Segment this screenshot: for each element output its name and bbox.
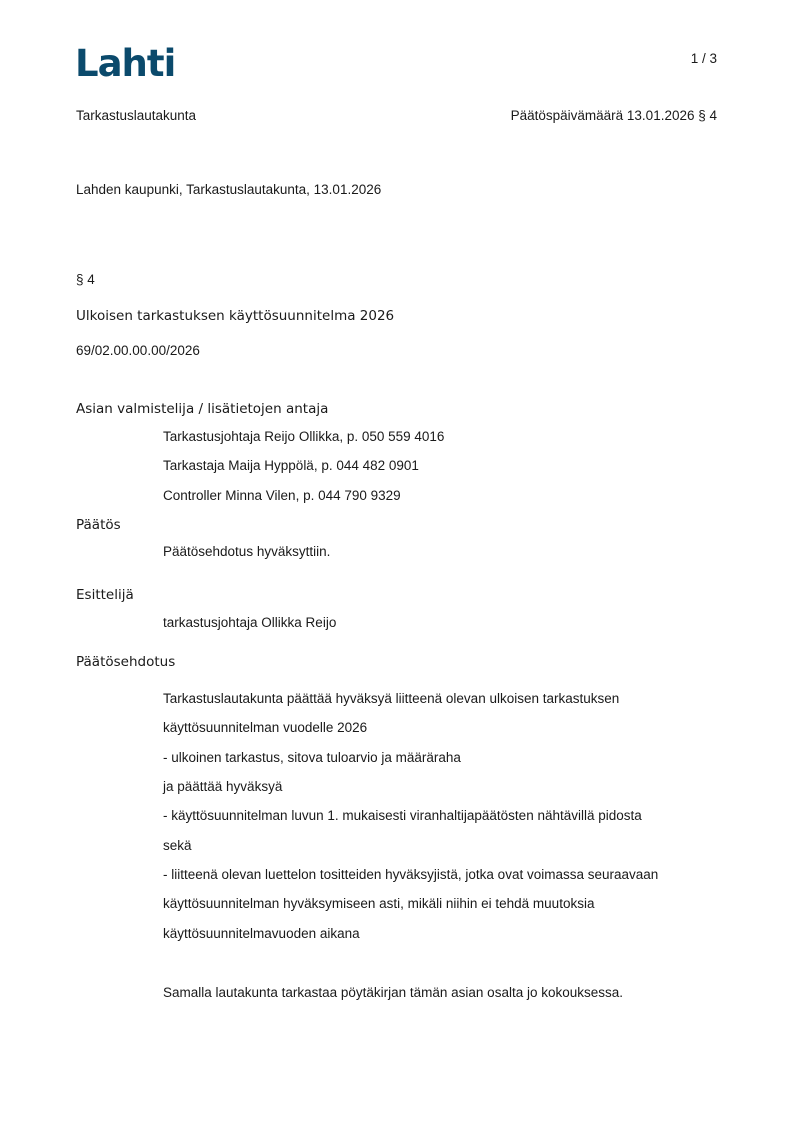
meta-line: Lahden kaupunki, Tarkastuslautakunta, 13…	[76, 181, 381, 198]
proposal-closing: Samalla lautakunta tarkastaa pöytäkirjan…	[163, 984, 623, 1001]
committee-name: Tarkastuslautakunta	[76, 107, 196, 124]
decision-date: Päätöspäivämäärä 13.01.2026 § 4	[511, 107, 717, 124]
section-number: § 4	[76, 271, 95, 288]
preparer-item: Tarkastaja Maija Hyppölä, p. 044 482 090…	[163, 457, 419, 474]
presenter-heading: Esittelijä	[76, 587, 134, 604]
presenter-text: tarkastusjohtaja Ollikka Reijo	[163, 614, 336, 631]
proposal-line: - liitteenä olevan luettelon tositteiden…	[163, 866, 658, 883]
proposal-line: käyttösuunnitelman vuodelle 2026	[163, 719, 367, 736]
decision-text: Päätösehdotus hyväksyttiin.	[163, 543, 330, 560]
preparer-item: Tarkastusjohtaja Reijo Ollikka, p. 050 5…	[163, 428, 444, 445]
proposal-line: käyttösuunnitelmavuoden aikana	[163, 925, 360, 942]
proposal-line: sekä	[163, 837, 192, 854]
proposal-line: käyttösuunnitelman hyväksymiseen asti, m…	[163, 895, 594, 912]
proposal-line: - ulkoinen tarkastus, sitova tuloarvio j…	[163, 749, 461, 766]
proposal-line: Tarkastuslautakunta päättää hyväksyä lii…	[163, 690, 619, 707]
proposal-line: - käyttösuunnitelman luvun 1. mukaisesti…	[163, 807, 642, 824]
section-title: Ulkoisen tarkastuksen käyttösuunnitelma …	[76, 308, 394, 325]
lahti-logo: Lahti	[75, 40, 175, 88]
preparer-item: Controller Minna Vilen, p. 044 790 9329	[163, 487, 401, 504]
decision-heading: Päätös	[76, 517, 121, 534]
page-number: 1 / 3	[691, 50, 717, 67]
preparers-heading: Asian valmistelija / lisätietojen antaja	[76, 401, 328, 418]
proposal-heading: Päätösehdotus	[76, 654, 175, 671]
proposal-line: ja päättää hyväksyä	[163, 778, 282, 795]
record-id: 69/02.00.00.00/2026	[76, 342, 200, 359]
